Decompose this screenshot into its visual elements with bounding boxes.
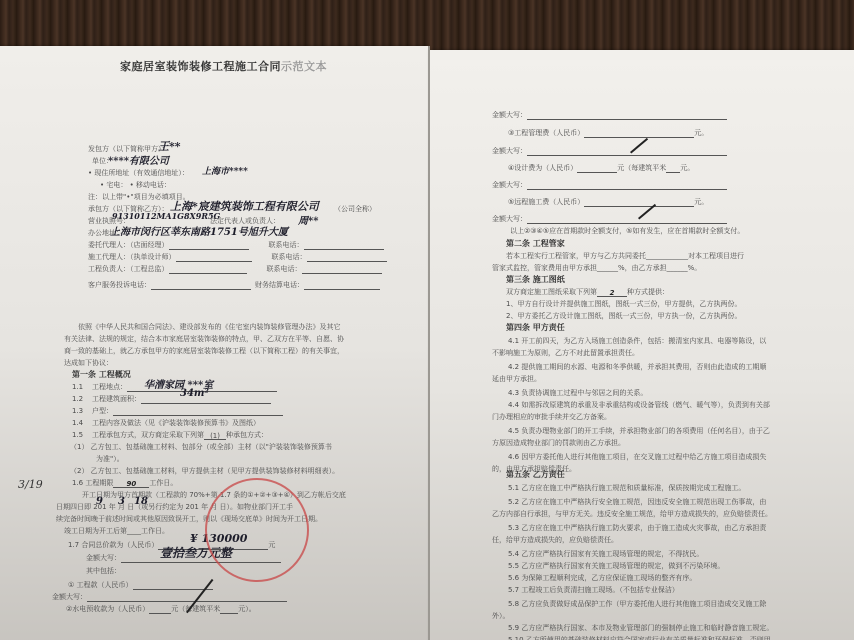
article-4-title: 第四条 甲方责任	[506, 323, 565, 333]
option-1-cont: 为准"）。	[96, 454, 124, 464]
fee-4: ④设计费为（人民币）元（每建筑平米元。	[508, 163, 694, 173]
item-1-5: 1.5 工程承包方式，双方商定采取下列第(1)种承包方式：	[72, 430, 268, 440]
article-4-line: 4.4 如需拆改原建筑的承重及非承重结构或设备管线（燃气、暖气等），负责到有关部	[508, 400, 770, 410]
office-value: 上海市闵行区莘东南路1751号旭升大厦	[110, 223, 288, 238]
article-5-line: 5.5 乙方应严格执行国家有关施工现场管理的规定，做到不污染环境。	[508, 561, 724, 571]
company-seal	[205, 478, 309, 582]
complaint-phone: 客户服务投诉电话：财务结算电话：	[88, 280, 380, 290]
article-2-line-2: 管家式监控，管家费用由甲方承担______%，由乙方承担______%。	[492, 263, 701, 273]
article-5-line: 任，给甲方造成损失的，应负赔偿责任。	[492, 535, 618, 545]
article-2-line-1: 若本工程实行工程管家，甲方与乙方共同委托____________对本工程项目进行	[506, 251, 744, 261]
item-1-2-value: 34m²	[180, 388, 209, 399]
contact-agent: 委托代理人：（店面经理）联系电话：	[88, 240, 384, 250]
article-5-line: 5.4 乙方应严格执行国家有关施工现场管理的规定，不得扰民。	[508, 549, 703, 559]
address-value: 上海市****	[202, 164, 248, 177]
r-amount-words-2: 金额大写：	[492, 146, 727, 156]
party-b-suffix: （公司全称）	[334, 204, 376, 214]
phone-row: • 宅电： • 移动电话：	[100, 180, 171, 190]
fee-3: ③工程管理费（人民币）元。	[508, 128, 708, 138]
preamble-line-3: 商一致的基础上，就乙方承包甲方的家庭居室装饰装修工程（以下简称工程）的有关事宜，	[64, 346, 344, 356]
legal-rep-value: 周**	[298, 212, 318, 227]
article-3-title: 第三条 施工图纸	[506, 275, 565, 285]
article-4-line: 门办理相应的审批手续并交乙方备案。	[492, 412, 611, 422]
article-5-line: 5.10 乙方所使用的基础装修材料应符合国家或行业有关质量标准和环保标准，否则甲	[508, 635, 771, 640]
preamble-line-4: 达成如下协议：	[64, 358, 113, 368]
item-1-4: 1.4 工程内容及做法（见《沪装装饰装修预算书》及图纸）	[72, 418, 260, 428]
item-1-3: 1.3 户型：	[72, 406, 283, 416]
start-year: 9	[96, 496, 103, 507]
article-4-line: 4.5 负责办理物业部门的开工手续，并承担物业部门的各项费用（任何名目），由于乙	[508, 426, 770, 436]
article-4-line: 方原因造成物业部门的罚款则由乙方承担。	[492, 438, 625, 448]
article-5-line: 外）。	[492, 611, 510, 621]
article-4-line: 4.2 提供施工期间的水源、电源和冬季供暖，并承担其费用，否则由此造成的工期顺	[508, 362, 766, 372]
fee-2: ②水电预收款为（人民币）元（每建筑平米元）。	[66, 604, 256, 614]
article-5-line: 5.8 乙方应负责做好成品保护工作（甲方委托他人进行其他施工项目造成交叉施工除	[508, 599, 766, 609]
preamble-line-2: 有关法律、法规的规定，结合本市家庭居室装饰装修的特点，甲、乙双方在平等、自愿、协	[64, 334, 344, 344]
article-5-line: 5.7 工程竣工后负责清扫施工现场。（不包括专业保洁）	[508, 585, 679, 595]
article-3-option-1: 1、甲方自行设计并提供施工图纸，图纸一式三份，甲方提供，乙方执两份。	[506, 299, 741, 309]
fee-note: 以上②③④⑤应在首期款时全额支付，⑤如有发生，应在首期款时全额支付。	[510, 226, 744, 236]
fee-1-words: 金额大写：	[52, 592, 287, 602]
article-4-line: 不影响施工为原则，乙方不对此留置承担责任。	[492, 348, 639, 358]
fee-1: ① 工程款（人民币）	[68, 580, 213, 590]
license-value: 91310112MA1G8X9R5G	[112, 211, 220, 221]
article-4-line: 4.1 开工前四天，为乙方入场施工创造条件，包括：搬清室内家具、电器等陈设，以	[508, 336, 766, 346]
article-4-line: 4.6 因甲方委托他人进行其他施工项目，在交叉施工过程中给乙方施工项目造成损失	[508, 452, 766, 462]
start-date-line-4: 竣工日期为开工后第____工作日。	[64, 526, 169, 536]
article-1-title: 第一条 工程概况	[72, 370, 131, 380]
contact-director: 工程负责人：（工程总监）联系电话：	[88, 264, 382, 274]
article-5-line: 5.9 乙方应严格执行国家、本市及物业管理部门的强制停止施工和临时静音施工规定。	[508, 623, 773, 633]
start-month: 3	[118, 496, 125, 507]
margin-note: 3/19	[18, 478, 43, 491]
item-1-2: 1.2 工程建筑面积：	[72, 394, 271, 404]
r-amount-words-1: 金额大写：	[492, 110, 727, 120]
r-amount-words-3: 金额大写：	[492, 180, 727, 190]
article-3-intro: 双方商定施工图纸采取下列第2种方式提供：	[506, 287, 669, 297]
unit-value: ****有限公司	[108, 152, 169, 167]
article-5-title: 第五条 乙方责任	[506, 470, 565, 480]
article-3-option-2: 2、甲方委托乙方设计施工图纸，图纸一式三份，甲方执一份，乙方执两份。	[506, 311, 741, 321]
r-amount-words-4: 金额大写：	[492, 214, 727, 224]
fee-5: ⑤远程施工费（人民币）元。	[508, 197, 708, 207]
article-4-line: 延由甲方承担。	[492, 374, 541, 384]
article-5-line: 乙方内部自行承担，与甲方无关。违反安全施工规范，给甲方造成损失的，应负赔偿责任。	[492, 509, 772, 519]
contact-designer: 施工代理人：（执单设计师）联系电话：	[88, 252, 387, 262]
option-2: （2） 乙方包工、包基础施工材料，甲方提供主材（见甲方提供装饰装修材料明细表）。	[70, 466, 339, 476]
item-1-6: 1.6 工程期限90工作日。	[72, 478, 177, 488]
address-label: • 现住所地址（有效通信地址）：	[88, 168, 189, 178]
preamble-line-1: 依照《中华人民共和国合同法》、建设部发布的《住宅室内装饰装修管理办法》及其它	[78, 322, 341, 332]
start-day: 18	[134, 496, 148, 507]
option-1: （1） 乙方包工、包基础施工材料、包部分（或全部）主材（以"沪装装饰装修预算书	[70, 442, 332, 452]
article-5-line: 5.1 乙方应在施工中严格执行施工规范和质量标准，保质按期完成工程施工。	[508, 483, 745, 493]
article-5-line: 5.2 乙方应在施工中严格执行安全施工规范，因违反安全施工规范出现工伤事故，由	[508, 497, 766, 507]
article-5-line: 5.3 乙方应在施工中严格执行施工防火要求，由于施工造成火灾事故，由乙方承担责	[508, 523, 766, 533]
article-2-title: 第二条 工程管家	[506, 239, 565, 249]
contract-title: 家庭居室装饰装修工程施工合同示范文本	[120, 58, 327, 74]
including-label: 其中包括：	[86, 566, 121, 576]
article-4-line: 4.3 负责协调施工过程中与邻居之间的关系。	[508, 388, 647, 398]
article-5-line: 5.6 为保障工程顺利完成，乙方应保证施工现场的整齐有序。	[508, 573, 696, 583]
page-fold	[428, 46, 430, 640]
